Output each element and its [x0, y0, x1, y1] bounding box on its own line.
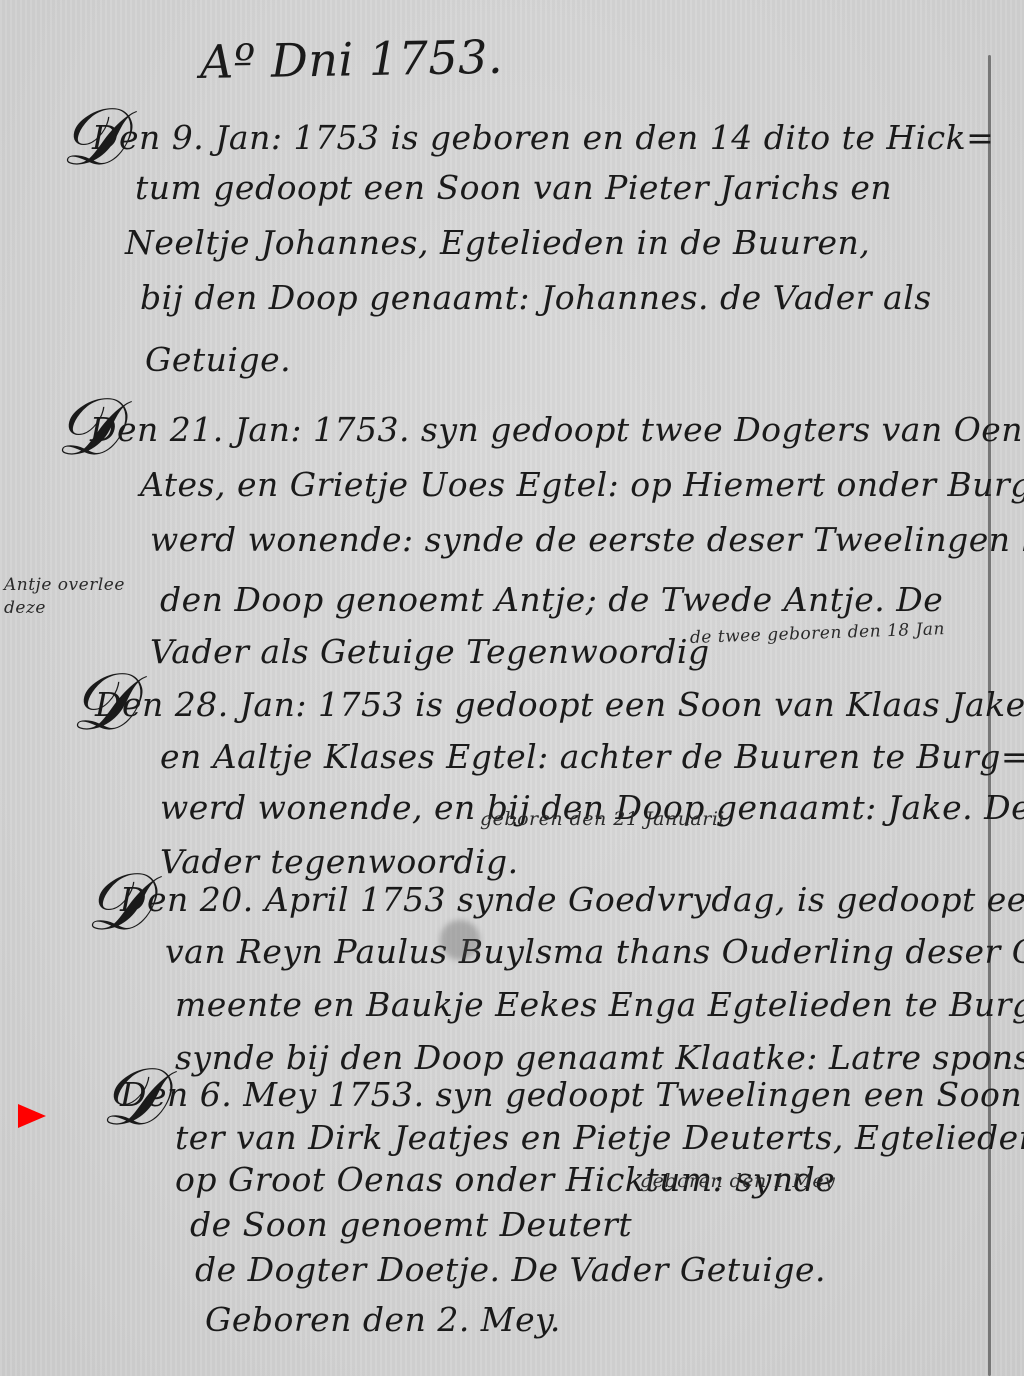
entry-5-line-2: ter van Dirk Jeatjes en Pietje Deuterts,… — [175, 1118, 1024, 1157]
entry-1-line-5: Getuige. — [145, 340, 291, 379]
entry-1-line-2: tum gedoopt een Soon van Pieter Jarichs … — [135, 168, 892, 207]
ink-smudge — [440, 920, 480, 960]
entry-4-line-1: Den 20. April 1753 synde Goedvrydag, is … — [120, 880, 1024, 919]
red-pointer-marker — [18, 1104, 46, 1128]
entry-5-line-1: Den 6. Mey 1753. syn gedoopt Tweelingen … — [120, 1075, 1024, 1114]
entry-1-line-4: bij den Doop genaamt: Johannes. de Vader… — [140, 278, 932, 317]
entry-3-birth-note: geboren den 21 Januarii — [480, 808, 725, 830]
entry-3-line-2: en Aaltje Klases Egtel: achter de Buuren… — [160, 737, 1024, 776]
entry-2-birth-note: de twee geboren den 18 Jan — [690, 619, 946, 648]
entry-5-line-4: de Soon genoemt Deutert — [190, 1205, 632, 1244]
entry-1-line-1: Den 9. Jan: 1753 is geboren en den 14 di… — [92, 118, 994, 157]
margin-note-line-2: deze — [4, 598, 46, 618]
page-heading: Aº Dni 1753. — [200, 30, 504, 89]
entry-2-line-4: den Doop genoemt Antje; de Twede Antje. … — [160, 580, 943, 619]
entry-2-line-3: werd wonende: synde de eerste deser Twee… — [150, 520, 1024, 559]
entry-2-line-2: Ates, en Grietje Uoes Egtel: op Hiemert … — [140, 465, 1024, 504]
entry-3-line-1: Den 28. Jan: 1753 is gedoopt een Soon va… — [95, 685, 1024, 724]
entry-4-line-4: synde bij den Doop genaamt Klaatke: Latr… — [175, 1038, 1024, 1077]
entry-5-line-5: de Dogter Doetje. De Vader Getuige. — [195, 1250, 826, 1289]
entry-4-line-3: meente en Baukje Eekes Enga Egtelieden t… — [175, 985, 1024, 1024]
entry-4-line-2: van Reyn Paulus Buylsma thans Ouderling … — [165, 932, 1024, 971]
entry-5-line-6: Geboren den 2. Mey. — [205, 1300, 561, 1339]
margin-note-line-1: Antje overlee — [4, 575, 125, 595]
document-page: Aº Dni 1753. 𝒟 Den 9. Jan: 1753 is gebor… — [0, 0, 1024, 1376]
entry-3-line-4: Vader tegenwoordig. — [160, 842, 519, 881]
entry-2-line-1: Den 21. Jan: 1753. syn gedoopt twee Dogt… — [90, 410, 1024, 449]
entry-1-line-3: Neeltje Johannes, Egtelieden in de Buure… — [125, 223, 870, 262]
entry-2-line-5: Vader als Getuige Tegenwoordig — [150, 632, 710, 671]
entry-5-birth-note: geboren den 1 Mey — [640, 1170, 835, 1192]
